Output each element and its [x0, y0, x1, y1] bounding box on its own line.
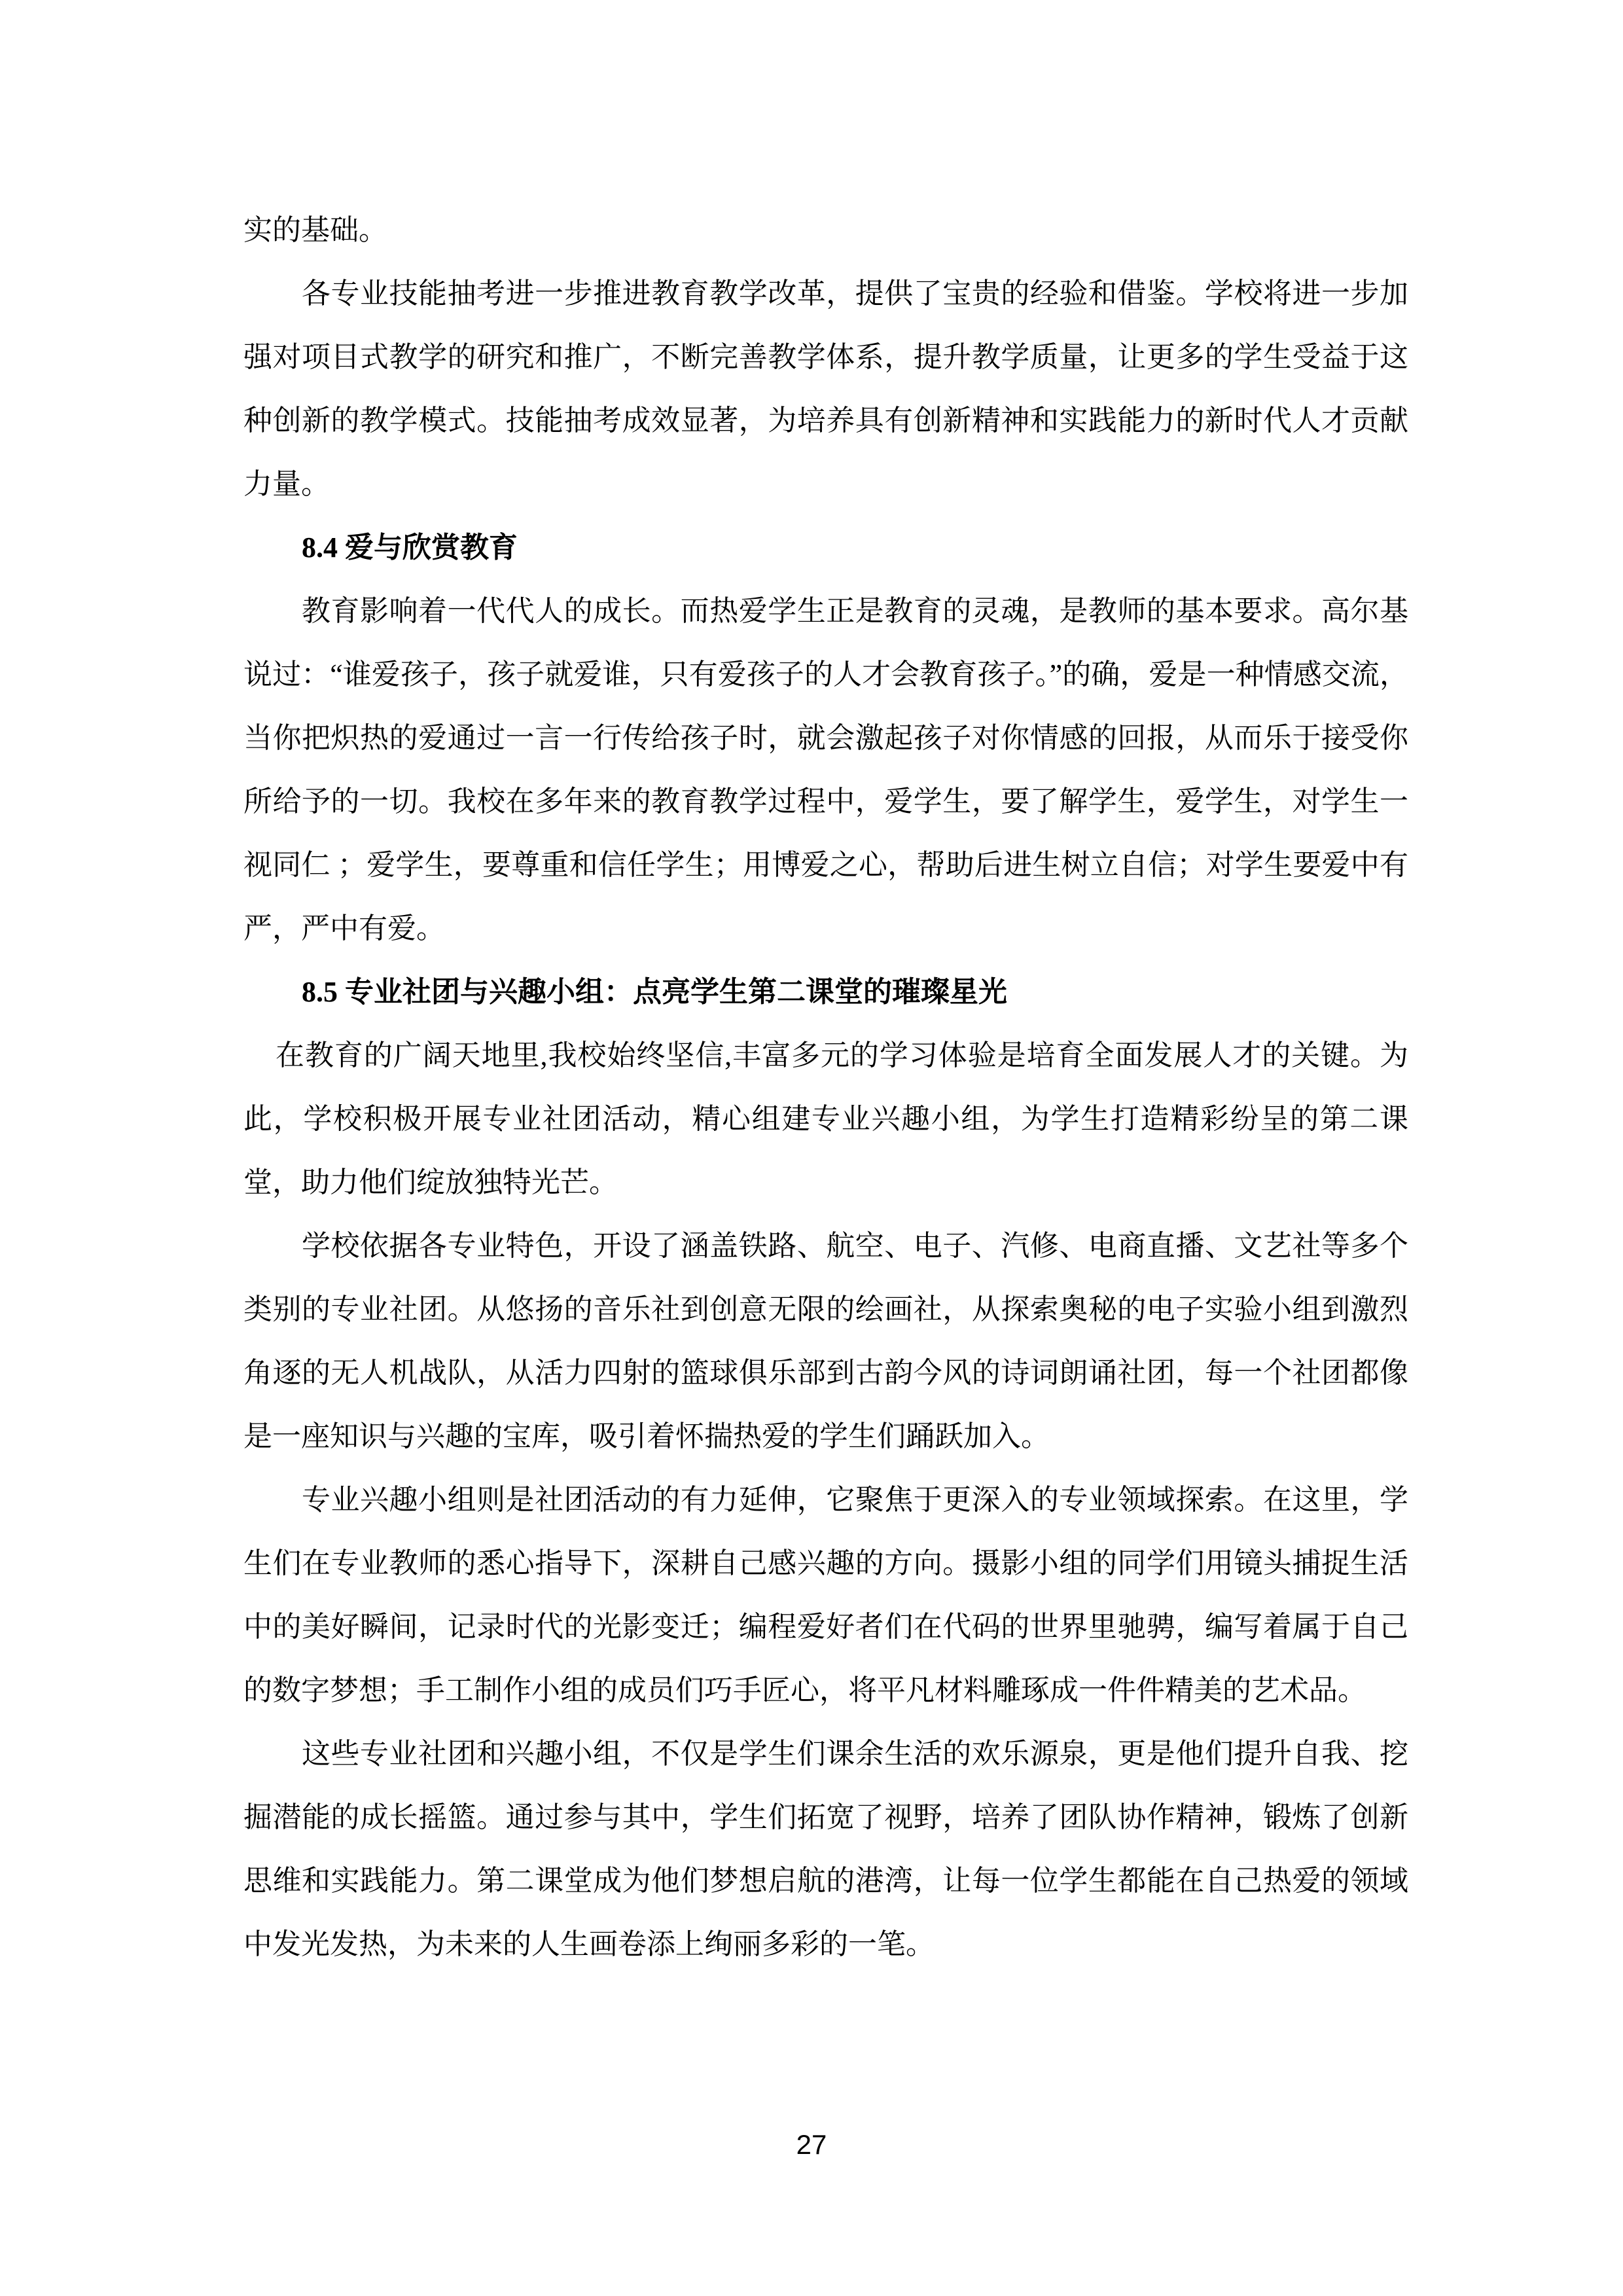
page-body: 实的基础。 各专业技能抽考进一步推进教育教学改革，提供了宝贵的经验和借鉴。学校将… [243, 198, 1408, 1976]
paragraph-growth: 这些专业社团和兴趣小组，不仅是学生们课余生活的欢乐源泉，更是他们提升自我、挖掘潜… [243, 1722, 1408, 1976]
section-heading-8-5: 8.5 专业社团与兴趣小组：点亮学生第二课堂的璀璨星光 [243, 960, 1408, 1024]
page-number: 27 [0, 2131, 1623, 2159]
paragraph-skill-exam: 各专业技能抽考进一步推进教育教学改革，提供了宝贵的经验和借鉴。学校将进一步加强对… [243, 262, 1408, 516]
paragraph-continuation: 实的基础。 [243, 198, 1408, 262]
section-heading-8-4: 8.4 爱与欣赏教育 [243, 516, 1408, 579]
paragraph-interest-groups: 专业兴趣小组则是社团活动的有力延伸，它聚焦于更深入的专业领域探索。在这里，学生们… [243, 1468, 1408, 1722]
paragraph-clubs-list: 学校依据各专业特色，开设了涵盖铁路、航空、电子、汽修、电商直播、文艺社等多个类别… [243, 1214, 1408, 1468]
document-page: 实的基础。 各专业技能抽考进一步推进教育教学改革，提供了宝贵的经验和借鉴。学校将… [0, 0, 1623, 2296]
paragraph-love-education: 教育影响着一代代人的成长。而热爱学生正是教育的灵魂，是教师的基本要求。高尔基说过… [243, 579, 1408, 960]
paragraph-clubs-intro: 在教育的广阔天地里,我校始终坚信,丰富多元的学习体验是培育全面发展人才的关键。为… [243, 1024, 1408, 1214]
